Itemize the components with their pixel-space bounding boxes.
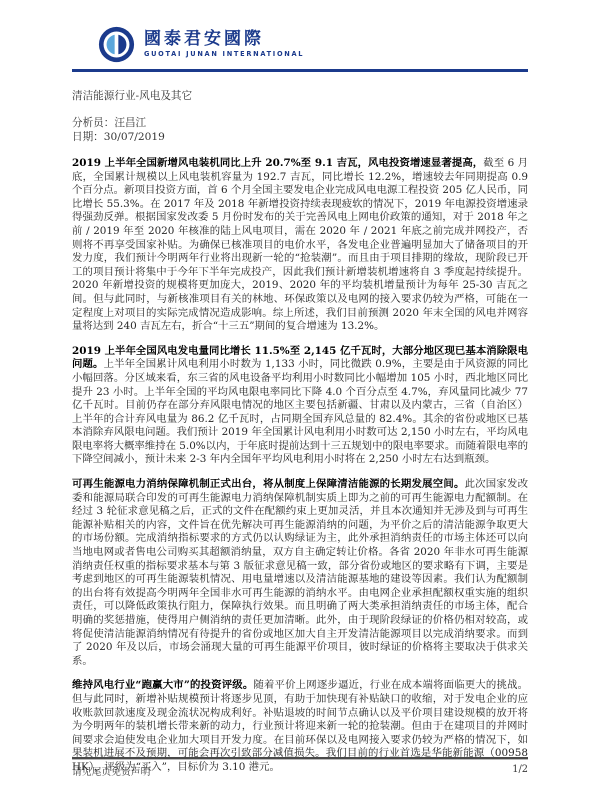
paragraph-wind-generation: 2019 上半年全国风电发电量同比增长 11.5%至 2,145 亿千瓦时，大部… xyxy=(72,345,528,467)
paragraph-wind-installations: 2019 上半年全国新增风电装机同比上升 20.7%至 9.1 吉瓦，风电投资增… xyxy=(72,157,528,334)
brand-text: 國泰君安國際 GUOTAI JUNAN INTERNATIONAL xyxy=(144,31,304,58)
paragraph-lead: 维持风电行业“跑赢大市”的投资评级。 xyxy=(72,679,253,691)
paragraph-body: 此次国家发改委和能源局联合印发的可再生能源电力消纳保障机制实质上即为之前的可再生… xyxy=(72,478,528,667)
brand-name-cn: 國泰君安國際 xyxy=(144,31,304,48)
paragraph-renewable-quota: 可再生能源电力消纳保障机制正式出台，将从制度上保障清洁能源的长期发展空间。此次国… xyxy=(72,478,528,668)
gtja-logo-icon xyxy=(98,26,135,63)
brand-name-en: GUOTAI JUNAN INTERNATIONAL xyxy=(144,51,304,58)
report-body: 2019 上半年全国新增风电装机同比上升 20.7%至 9.1 吉瓦，风电投资增… xyxy=(72,157,528,775)
footer-row: 请见尾页免责声明 1/2 xyxy=(72,764,528,778)
paragraph-body: 截至 6 月底，全国累计规模以上风电装机容量为 192.7 吉瓦，同比增长 12… xyxy=(72,157,528,332)
analyst-line: 分析员：汪昌江 xyxy=(72,116,528,130)
report-title: 清洁能源行业-风电及其它 xyxy=(72,88,528,103)
report-meta: 分析员：汪昌江 日期：30/07/2019 xyxy=(72,116,528,144)
footer-disclaimer: 请见尾页免责声明 xyxy=(72,764,150,778)
report-content: 國泰君安國際 GUOTAI JUNAN INTERNATIONAL 清洁能源行业… xyxy=(0,0,600,775)
paragraph-body: 上半年全国累计风电利用小时数为 1,133 小时，同比微跌 0.9%，主要是由于… xyxy=(72,358,528,465)
footer-rule xyxy=(72,757,528,760)
paragraph-lead: 2019 上半年全国新增风电装机同比上升 20.7%至 9.1 吉瓦，风电投资增… xyxy=(72,157,483,169)
page-footer: 请见尾页免责声明 1/2 xyxy=(72,757,528,778)
header-rule xyxy=(72,69,528,72)
footer-page-number: 1/2 xyxy=(512,764,528,778)
report-page: 國泰君安國際 GUOTAI JUNAN INTERNATIONAL 清洁能源行业… xyxy=(0,0,600,800)
header-logo: 國泰君安國際 GUOTAI JUNAN INTERNATIONAL xyxy=(98,24,528,64)
paragraph-lead: 可再生能源电力消纳保障机制正式出台，将从制度上保障清洁能源的长期发展空间。 xyxy=(72,478,465,490)
date-line: 日期：30/07/2019 xyxy=(72,130,528,144)
